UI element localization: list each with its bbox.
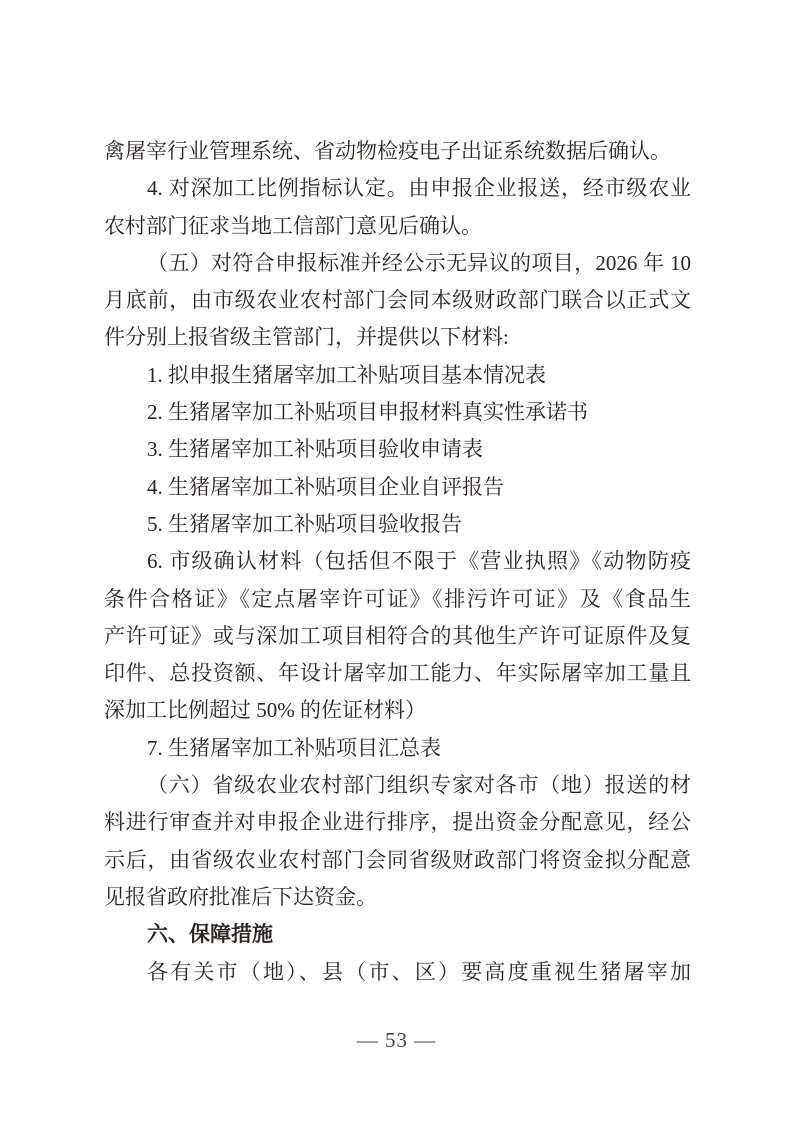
doc-line-3: 农村部门征求当地工信部门意见后确认。 xyxy=(104,208,691,245)
doc-line-4: （五）对符合申报标准并经公示无异议的项目，2026 年 10 xyxy=(104,245,691,282)
doc-line-21: 见报省政府批准后下达资金。 xyxy=(104,879,691,916)
doc-line-20: 示后，由省级农业农村部门会同省级财政部门将资金拟分配意 xyxy=(104,842,691,879)
document-page: 禽屠宰行业管理系统、省动物检疫电子出证系统数据后确认。 4. 对深加工比例指标认… xyxy=(0,0,793,1122)
doc-line-10: 4. 生猪屠宰加工补贴项目企业自评报告 xyxy=(104,469,691,506)
page-footer: — 53 — xyxy=(0,1021,793,1059)
doc-line-19: 料进行审查并对申报企业进行排序，提出资金分配意见，经公 xyxy=(104,804,691,841)
doc-line-1: 禽屠宰行业管理系统、省动物检疫电子出证系统数据后确认。 xyxy=(104,133,691,170)
doc-line-6: 件分别上报省级主管部门，并提供以下材料: xyxy=(104,319,691,356)
doc-line-16: 深加工比例超过 50% 的佐证材料） xyxy=(104,692,691,729)
doc-line-9: 3. 生猪屠宰加工补贴项目验收申请表 xyxy=(104,431,691,468)
doc-line-17: 7. 生猪屠宰加工补贴项目汇总表 xyxy=(104,730,691,767)
doc-line-14: 产许可证》或与深加工项目相符合的其他生产许可证原件及复 xyxy=(104,618,691,655)
section-heading-safeguard-measures: 六、保障措施 xyxy=(104,916,691,953)
page-number: — 53 — xyxy=(357,1028,437,1052)
doc-line-15: 印件、总投资额、年设计屠宰加工能力、年实际屠宰加工量且 xyxy=(104,655,691,692)
doc-line-13: 条件合格证》《定点屠宰许可证》《排污许可证》及《食品生 xyxy=(104,581,691,618)
doc-line-18: （六）省级农业农村部门组织专家对各市（地）报送的材 xyxy=(104,767,691,804)
doc-line-7: 1. 拟申报生猪屠宰加工补贴项目基本情况表 xyxy=(104,357,691,394)
doc-line-8: 2. 生猪屠宰加工补贴项目申报材料真实性承诺书 xyxy=(104,394,691,431)
doc-line-5: 月底前，由市级农业农村部门会同本级财政部门联合以正式文 xyxy=(104,282,691,319)
doc-line-12: 6. 市级确认材料（包括但不限于《营业执照》《动物防疫 xyxy=(104,543,691,580)
doc-line-2: 4. 对深加工比例指标认定。由申报企业报送，经市级农业 xyxy=(104,170,691,207)
doc-line-11: 5. 生猪屠宰加工补贴项目验收报告 xyxy=(104,506,691,543)
document-body: 禽屠宰行业管理系统、省动物检疫电子出证系统数据后确认。 4. 对深加工比例指标认… xyxy=(104,133,691,991)
doc-line-23: 各有关市（地）、县（市、区）要高度重视生猪屠宰加 xyxy=(104,954,691,991)
